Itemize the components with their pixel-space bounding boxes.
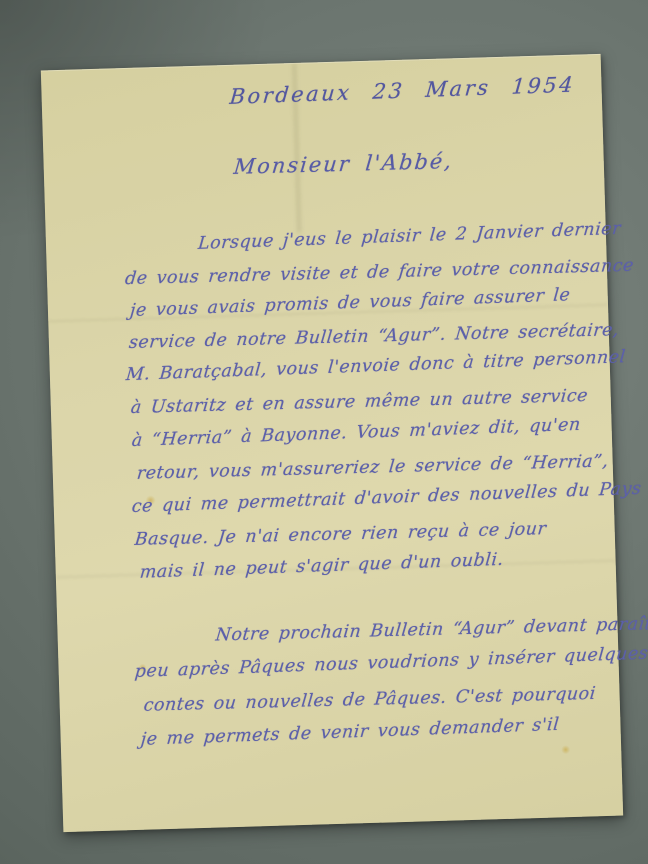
handwritten-line-p1-3: je vous avais promis de vous faire assur… [129, 285, 571, 321]
handwritten-line-p1-1: Lorsque j'eus le plaisir le 2 Janvier de… [197, 219, 622, 254]
handwritten-line-p1-5: M. Baratçabal, vous l'envoie donc à titr… [125, 347, 627, 385]
handwritten-line-p1-9: ce qui me permettrait d'avoir des nouvel… [131, 479, 642, 517]
letter-paper: Bordeaux 23 Mars 1954 Monsieur l'Abbé, L… [41, 54, 623, 832]
handwritten-line-p2-4: je me permets de venir vous demander s'i… [140, 715, 560, 750]
handwritten-line-p2-3: contes ou nouvelles de Pâques. C'est pou… [143, 684, 597, 716]
handwritten-line-p1-6: à Ustaritz et en assure même un autre se… [130, 386, 589, 418]
handwritten-line-p2-1: Notre prochain Bulletin “Agur” devant pa… [215, 614, 648, 646]
handwritten-line-p1-2: de vous rendre visite et de faire votre … [124, 256, 635, 289]
handwritten-line-p1-10: Basque. Je n'ai encore rien reçu à ce jo… [134, 519, 548, 550]
letter-body: Bordeaux 23 Mars 1954 Monsieur l'Abbé, L… [41, 54, 623, 832]
handwritten-line-p1-8: retour, vous m'assureriez le service de … [136, 451, 610, 483]
handwritten-line-p2-2: peu après Pâques nous voudrions y insére… [134, 644, 648, 682]
salutation: Monsieur l'Abbé, [233, 149, 455, 179]
date-line: Bordeaux 23 Mars 1954 [229, 72, 577, 108]
handwritten-line-p1-11: mais il ne peut s'agir que d'un oubli. [139, 550, 505, 583]
handwritten-line-p1-7: à “Herria” à Bayonne. Vous m'aviez dit, … [131, 415, 582, 451]
photograph: Bordeaux 23 Mars 1954 Monsieur l'Abbé, L… [0, 0, 648, 864]
handwritten-line-p1-4: service de notre Bulletin “Agur”. Notre … [128, 320, 620, 353]
